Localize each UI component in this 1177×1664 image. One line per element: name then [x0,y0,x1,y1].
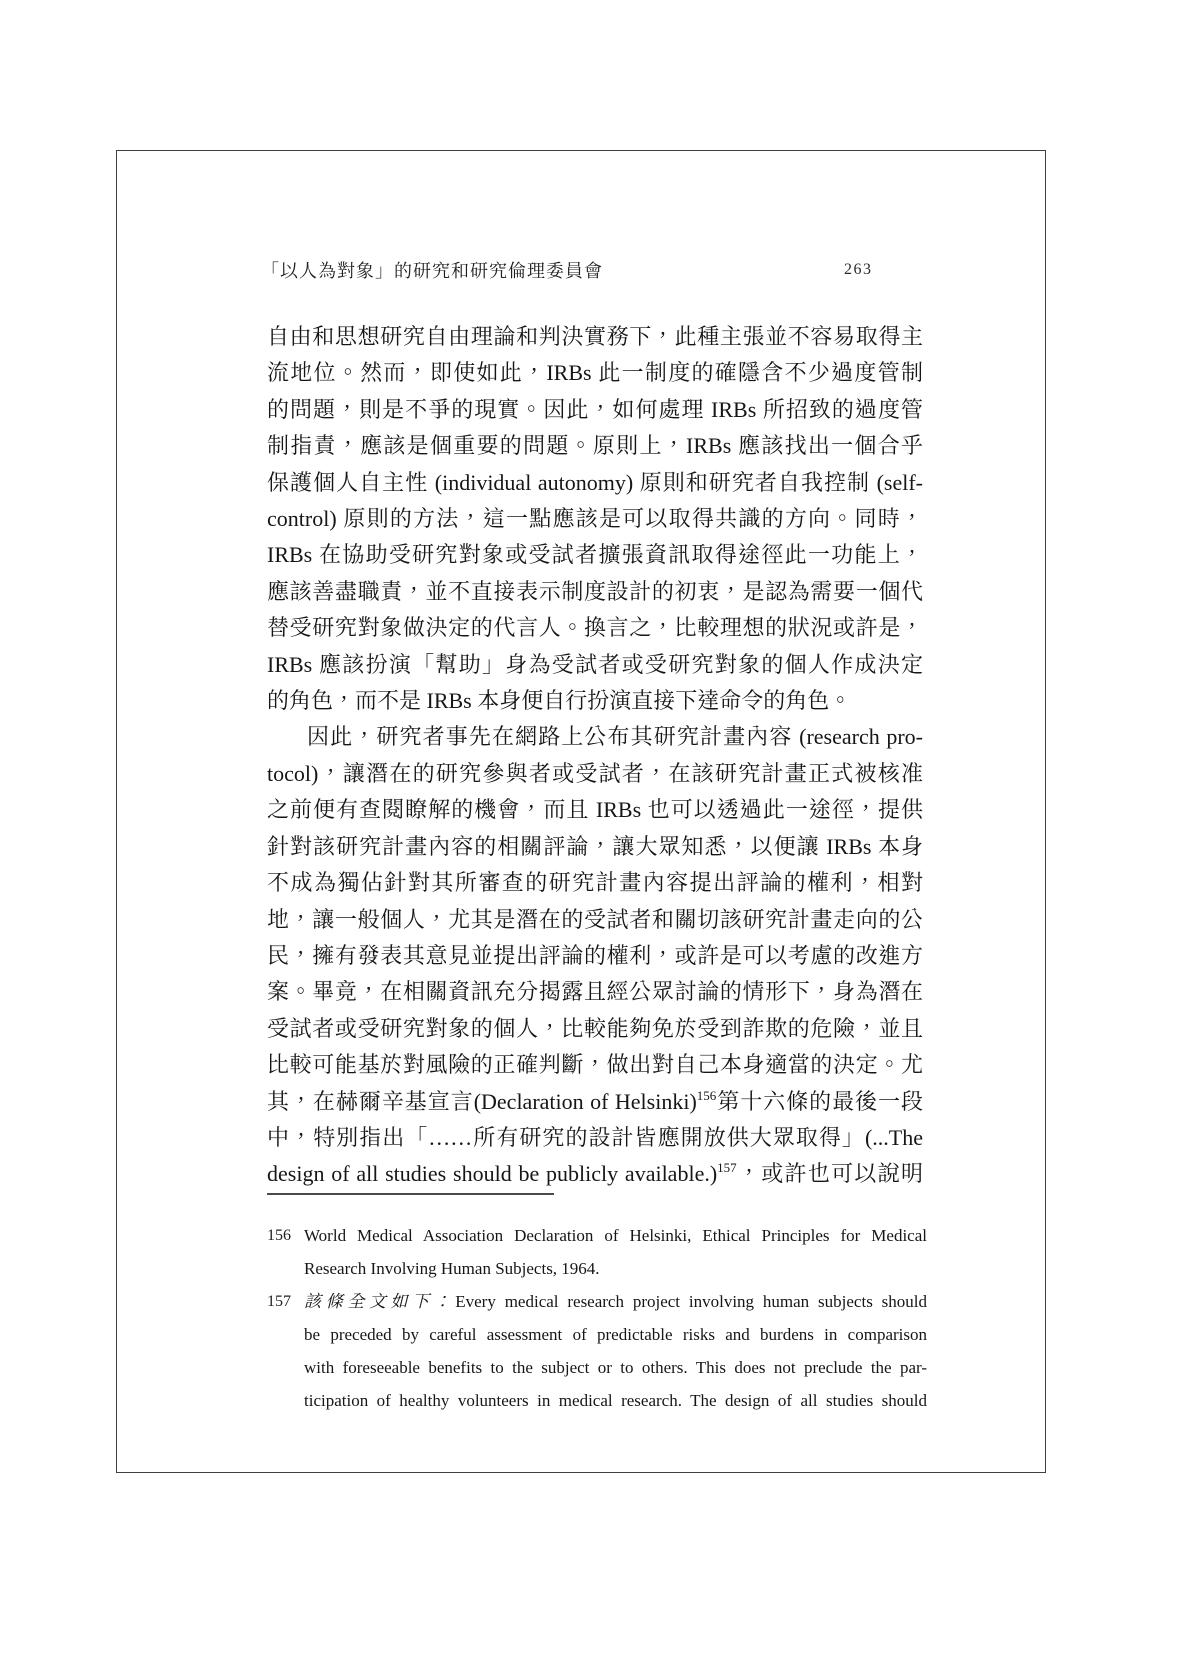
text-run: 比較可能基於對風險的正確判斷，做出對自己本身適當的決定。尤 [267,1052,923,1077]
text-run: be preceded by careful assessment of pre… [304,1325,927,1344]
footnote-item-157: 157該條全文如下：Every medical research project… [267,1285,927,1417]
text-run: 流地位。然而，即使如此，IRBs 此一制度的確隱含不少過度管制 [267,360,923,385]
body-line: 不成為獨佔針對其所審查的研究計畫內容提出評論的權利，相對 [267,865,923,901]
body-line: 制指責，應該是個重要的問題。原則上，IRBs 應該找出一個合乎 [267,428,923,464]
body-line: 流地位。然而，即使如此，IRBs 此一制度的確隱含不少過度管制 [267,355,923,391]
footnote-separator [267,1193,554,1195]
text-run: 第十六條的最後一段 [716,1089,923,1114]
text-run: 應該善盡職責，並不直接表示制度設計的初衷，是認為需要一個代 [267,579,923,604]
body-line: 自由和思想研究自由理論和判決實務下，此種主張並不容易取得主 [267,319,923,355]
text-run: 民，擁有發表其意見並提出評論的權利，或許是可以考慮的改進方 [267,943,923,968]
text-run: ticipation of healthy volunteers in medi… [304,1391,927,1410]
text-run: 自由和思想研究自由理論和判決實務下，此種主張並不容易取得主 [267,324,923,349]
body-line: control) 原則的方法，這一點應該是可以取得共識的方向。同時， [267,501,923,537]
text-run: 的角色，而不是 IRBs 本身便自行扮演直接下達命令的角色。 [267,688,851,713]
body-line: 因此，研究者事先在網路上公布其研究計畫內容 (research pro- [267,719,923,755]
text-run: 之前便有查閱瞭解的機會，而且 IRBs 也可以透過此一途徑，提供 [267,797,923,822]
footnote-text: World Medical Association Declaration of… [304,1219,927,1285]
footnote-item-156: 156World Medical Association Declaration… [267,1219,927,1285]
text-run: 地，讓一般個人，尤其是潛在的受試者和關切該研究計畫走向的公 [267,907,923,932]
body-line: 針對該研究計畫內容的相關評論，讓大眾知悉，以便讓 IRBs 本身 [267,829,923,865]
text-run: 受試者或受研究對象的個人，比較能夠免於受到詐欺的危險，並且 [267,1016,923,1041]
body-line: tocol)，讓潛在的研究參與者或受試者，在該研究計畫正式被核准 [267,756,923,792]
footnote-line: be preceded by careful assessment of pre… [304,1318,927,1351]
text-run: IRBs 在協助受研究對象或受試者擴張資訊取得途徑此一功能上， [267,542,923,567]
text-run: 針對該研究計畫內容的相關評論，讓大眾知悉，以便讓 IRBs 本身 [267,834,923,859]
text-run: with foreseeable benefits to the subject… [304,1358,927,1377]
text-run: World Medical Association Declaration of… [304,1226,927,1245]
text-run: 中，特別指出「……所有研究的設計皆應開放供大眾取得」(...The [267,1125,923,1150]
body-line: 替受研究對象做決定的代言人。換言之，比較理想的狀況或許是， [267,610,923,646]
text-run: 不成為獨佔針對其所審查的研究計畫內容提出評論的權利，相對 [267,870,923,895]
body-line: IRBs 應該扮演「幫助」身為受試者或受研究對象的個人作成決定 [267,647,923,683]
body-line: 應該善盡職責，並不直接表示制度設計的初衷，是認為需要一個代 [267,574,923,610]
text-run: 因此，研究者事先在網路上公布其研究計畫內容 (research pro- [307,724,923,749]
text-run: 案。畢竟，在相關資訊充分揭露且經公眾討論的情形下，身為潛在 [267,979,923,1004]
footnotes: 156World Medical Association Declaration… [267,1219,927,1417]
text-run: 保護個人自主性 (individual autonomy) 原則和研究者自我控制… [267,470,923,495]
body-line: 受試者或受研究對象的個人，比較能夠免於受到詐欺的危險，並且 [267,1011,923,1047]
footnote-line: with foreseeable benefits to the subject… [304,1351,927,1384]
text-run: Every medical research project involving… [455,1292,927,1311]
body-line: 保護個人自主性 (individual autonomy) 原則和研究者自我控制… [267,465,923,501]
text-run: ，或許也可以說明 [737,1161,923,1186]
footnote-line: World Medical Association Declaration of… [304,1219,927,1252]
body-line: 地，讓一般個人，尤其是潛在的受試者和關切該研究計畫走向的公 [267,902,923,938]
scanned-paper-page: 「以人為對象」的研究和研究倫理委員會 263 自由和思想研究自由理論和判決實務下… [0,0,1177,1664]
page-number: 263 [844,261,873,279]
body-line: 比較可能基於對風險的正確判斷，做出對自己本身適當的決定。尤 [267,1047,923,1083]
footnote-line: Research Involving Human Subjects, 1964. [304,1252,927,1285]
text-run: design of all studies should be publicly… [267,1161,717,1186]
footnote-line: 該條全文如下：Every medical research project in… [304,1285,927,1318]
footnote-ref-157: 157 [717,1160,737,1175]
footnote-ref-156: 156 [697,1088,717,1103]
text-run: 其，在赫爾辛基宣言(Declaration of Helsinki) [267,1089,697,1114]
body-line: 之前便有查閱瞭解的機會，而且 IRBs 也可以透過此一途徑，提供 [267,792,923,828]
text-run: 該條全文如下： [304,1292,455,1311]
footnote-number: 156 [267,1219,304,1252]
body-line: 其，在赫爾辛基宣言(Declaration of Helsinki)156第十六… [267,1084,923,1120]
body-text: 自由和思想研究自由理論和判決實務下，此種主張並不容易取得主流地位。然而，即使如此… [267,319,923,1193]
text-run: control) 原則的方法，這一點應該是可以取得共識的方向。同時， [267,506,923,531]
text-run: tocol)，讓潛在的研究參與者或受試者，在該研究計畫正式被核准 [267,761,923,786]
body-line: IRBs 在協助受研究對象或受試者擴張資訊取得途徑此一功能上， [267,537,923,573]
footnote-text: 該條全文如下：Every medical research project in… [304,1285,927,1417]
running-header-title: 「以人為對象」的研究和研究倫理委員會 [261,257,603,283]
text-run: 的問題，則是不爭的現實。因此，如何處理 IRBs 所招致的過度管 [267,397,923,422]
text-run: Research Involving Human Subjects, 1964. [304,1259,600,1278]
body-line: 案。畢竟，在相關資訊充分揭露且經公眾討論的情形下，身為潛在 [267,974,923,1010]
body-line: 的問題，則是不爭的現實。因此，如何處理 IRBs 所招致的過度管 [267,392,923,428]
paragraph-1: 自由和思想研究自由理論和判決實務下，此種主張並不容易取得主流地位。然而，即使如此… [267,319,923,719]
page-border: 「以人為對象」的研究和研究倫理委員會 263 自由和思想研究自由理論和判決實務下… [116,150,1046,1473]
body-line: design of all studies should be publicly… [267,1156,923,1192]
body-line: 中，特別指出「……所有研究的設計皆應開放供大眾取得」(...The [267,1120,923,1156]
text-run: 替受研究對象做決定的代言人。換言之，比較理想的狀況或許是， [267,615,923,640]
body-line: 民，擁有發表其意見並提出評論的權利，或許是可以考慮的改進方 [267,938,923,974]
body-line: 的角色，而不是 IRBs 本身便自行扮演直接下達命令的角色。 [267,683,923,719]
paragraph-2: 因此，研究者事先在網路上公布其研究計畫內容 (research pro-toco… [267,719,923,1192]
footnote-number: 157 [267,1285,304,1318]
footnote-line: ticipation of healthy volunteers in medi… [304,1384,927,1417]
text-run: IRBs 應該扮演「幫助」身為受試者或受研究對象的個人作成決定 [267,652,923,677]
text-run: 制指責，應該是個重要的問題。原則上，IRBs 應該找出一個合乎 [267,433,923,458]
